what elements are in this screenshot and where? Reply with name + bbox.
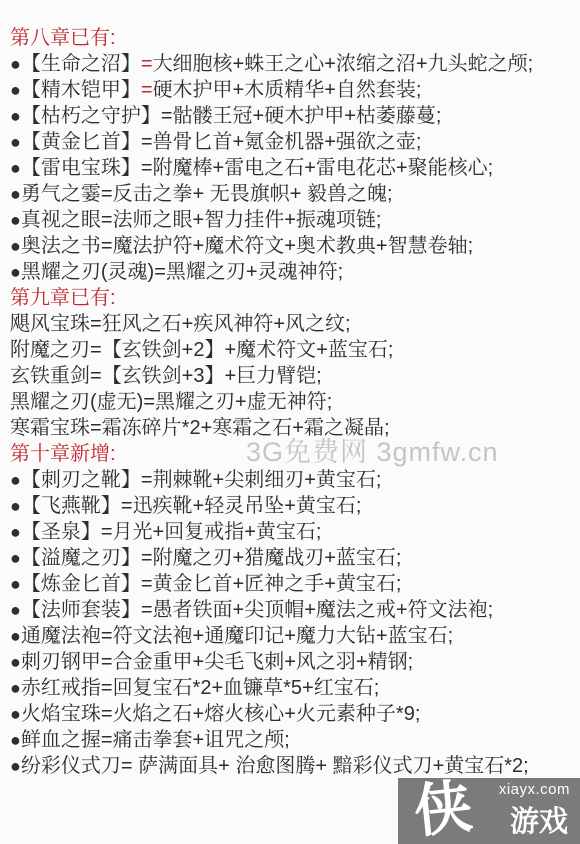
recipe-line: ●【枯朽之守护】=骷髅王冠+硬木护甲+枯萎藤蔓; [10,103,576,129]
recipe-line: ●鲜血之握=痛击拳套+诅咒之颅; [10,727,576,753]
recipe-line: ●【圣泉】=月光+回复戒指+黄宝石; [10,519,576,545]
bullet-icon: ● [10,184,21,204]
equals-sign: = [121,495,133,517]
equals-sign: = [141,573,153,595]
recipe-line: ●纷彩仪式刀= 萨满面具+ 治愈图腾+ 黯彩仪式刀+黄宝石*2; [10,753,576,779]
recipe-text: 痛击拳套+诅咒之颅; [113,729,290,751]
equals-sign: = [161,105,173,127]
equals-sign: = [141,157,153,179]
recipe-text: 黑耀之刃+虚无神符; [155,391,332,413]
recipe-line: ●【炼金匕首】=黄金匕首+匠神之手+黄宝石; [10,571,576,597]
xiayx-url-label: xiayx.com [499,781,570,798]
recipe-text: 【玄铁剑+3】+巨力臂铠; [102,365,322,387]
recipe-text: 附魔棒+雷电之石+雷电花芯+聚能核心; [153,157,494,179]
item-name: 【黄金匕首】 [21,131,141,153]
recipe-line: 寒霜宝珠=霜冻碎片*2+寒霜之石+霜之凝晶; [10,415,576,441]
recipe-text: 法师之眼+智力挂件+振魂项链; [113,209,382,231]
item-name: 刺刃钢甲 [21,651,101,673]
equals-sign: = [101,209,113,231]
item-name: 黑耀之刃(虚无) [10,391,143,413]
bullet-icon: ● [10,730,21,750]
recipe-text: 迅疾靴+轻灵吊坠+黄宝石; [133,495,362,517]
item-name: 真视之眼 [21,209,101,231]
section-header: 第十章新增: [10,441,576,467]
recipe-line: ●通魔法袍=符文法袍+通魔印记+魔力大钻+蓝宝石; [10,623,576,649]
item-name: 【精木铠甲】 [21,79,141,101]
recipe-text: 火焰之石+熔火核心+火元素种子*9; [113,703,421,725]
recipe-line: ●【生命之沼】=大细胞核+蛛王之心+浓缩之沼+九头蛇之颅; [10,51,576,77]
equals-sign: = [141,79,153,101]
recipe-text: 霜冻碎片*2+寒霜之石+霜之凝晶; [102,417,390,439]
equals-sign: = [143,391,155,413]
bullet-icon: ● [10,756,21,776]
recipe-text: 大细胞核+蛛王之心+浓缩之沼+九头蛇之颅; [153,53,534,75]
recipe-line: ●黑耀之刃(灵魂)=黑耀之刃+灵魂神符; [10,259,576,285]
recipe-text: 合金重甲+尖毛飞刺+风之羽+精钢; [113,651,414,673]
item-name: 赤红戒指 [21,677,101,699]
recipe-text: 黑耀之刃+灵魂神符; [166,261,343,283]
recipe-line: ●【法师套装】=愚者铁面+尖顶帽+魔法之戒+符文法袍; [10,597,576,623]
recipe-text: 回复宝石*2+血镰草*5+红宝石; [113,677,380,699]
recipe-line: ●【溢魔之刃】=附魔之刃+猎魔战刃+蓝宝石; [10,545,576,571]
recipe-text: 月光+回复戒指+黄宝石; [113,521,322,543]
recipe-text: 硬木护甲+木质精华+自然套装; [153,79,422,101]
recipe-line: ●【黄金匕首】=兽骨匕首+氪金机器+强欲之壶; [10,129,576,155]
equals-sign: = [154,261,166,283]
recipe-text: 符文法袍+通魔印记+魔力大钻+蓝宝石; [113,625,454,647]
item-name: 鲜血之握 [21,729,101,751]
recipe-text: 骷髅王冠+硬木护甲+枯萎藤蔓; [173,105,442,127]
article-page: 第八章已有:●【生命之沼】=大细胞核+蛛王之心+浓缩之沼+九头蛇之颅;●【精木铠… [0,0,580,844]
equals-sign: = [101,729,113,751]
recipe-list: 第八章已有:●【生命之沼】=大细胞核+蛛王之心+浓缩之沼+九头蛇之颅;●【精木铠… [10,25,576,779]
item-name: 【雷电宝珠】 [21,157,141,179]
recipe-line: 玄铁重剑=【玄铁剑+3】+巨力臂铠; [10,363,576,389]
bullet-icon: ● [10,470,21,490]
recipe-line: ●奥法之书=魔法护符+魔术符文+奥术教典+智慧卷轴; [10,233,576,259]
xia-logo-glyph: 侠 [411,773,476,844]
recipe-line: ●勇气之霎=反击之拳+ 无畏旗帜+ 毅兽之魄; [10,181,576,207]
item-name: 【法师套装】 [21,599,141,621]
bullet-icon: ● [10,704,21,724]
item-name: 飓风宝珠 [10,313,90,335]
item-name: 【飞燕靴】 [21,495,121,517]
recipe-line: 附魔之刃=【玄铁剑+2】+魔术符文+蓝宝石; [10,337,576,363]
recipe-text: 愚者铁面+尖顶帽+魔法之戒+符文法袍; [153,599,494,621]
item-name: 玄铁重剑 [10,365,90,387]
item-name: 【炼金匕首】 [21,573,141,595]
item-name: 【生命之沼】 [21,53,141,75]
recipe-text: 兽骨匕首+氪金机器+强欲之壶; [153,131,422,153]
item-name: 【溢魔之刃】 [21,547,141,569]
equals-sign: = [141,53,153,75]
bullet-icon: ● [10,236,21,256]
recipe-text: 黄金匕首+匠神之手+黄宝石; [153,573,402,595]
equals-sign: = [90,417,102,439]
recipe-text: 【玄铁剑+2】+魔术符文+蓝宝石; [102,339,394,361]
equals-sign: = [141,469,153,491]
equals-sign: = [90,339,102,361]
equals-sign: = [121,755,133,777]
item-name: 【刺刃之靴】 [21,469,141,491]
section-header: 第九章已有: [10,285,576,311]
equals-sign: = [101,677,113,699]
recipe-line: 黑耀之刃(虚无)=黑耀之刃+虚无神符; [10,389,576,415]
recipe-text: 荆棘靴+尖刺细刃+黄宝石; [153,469,382,491]
equals-sign: = [90,365,102,387]
equals-sign: = [101,651,113,673]
equals-sign: = [90,313,102,335]
item-name: 附魔之刃 [10,339,90,361]
bullet-icon: ● [10,262,21,282]
bullet-icon: ● [10,210,21,230]
recipe-line: 飓风宝珠=狂风之石+疾风神符+风之纹; [10,311,576,337]
item-name: 通魔法袍 [21,625,101,647]
recipe-text: 魔法护符+魔术符文+奥术教典+智慧卷轴; [113,235,474,257]
bullet-icon: ● [10,158,21,178]
bullet-icon: ● [10,626,21,646]
bullet-icon: ● [10,54,21,74]
bullet-icon: ● [10,652,21,672]
recipe-line: ●【雷电宝珠】=附魔棒+雷电之石+雷电花芯+聚能核心; [10,155,576,181]
recipe-line: ●刺刃钢甲=合金重甲+尖毛飞刺+风之羽+精钢; [10,649,576,675]
bullet-icon: ● [10,496,21,516]
bullet-icon: ● [10,80,21,100]
recipe-line: ●赤红戒指=回复宝石*2+血镰草*5+红宝石; [10,675,576,701]
item-name: 奥法之书 [21,235,101,257]
item-name: 【枯朽之守护】 [21,105,161,127]
bullet-icon: ● [10,132,21,152]
recipe-line: ●【精木铠甲】=硬木护甲+木质精华+自然套装; [10,77,576,103]
equals-sign: = [101,183,113,205]
recipe-text: 附魔之刃+猎魔战刃+蓝宝石; [153,547,402,569]
equals-sign: = [141,599,153,621]
equals-sign: = [141,547,153,569]
bullet-icon: ● [10,106,21,126]
bullet-icon: ● [10,548,21,568]
recipe-text: 萨满面具+ 治愈图腾+ 黯彩仪式刀+黄宝石*2; [133,755,529,777]
recipe-line: ●火焰宝珠=火焰之石+熔火核心+火元素种子*9; [10,701,576,727]
recipe-line: ●【刺刃之靴】=荆棘靴+尖刺细刃+黄宝石; [10,467,576,493]
bullet-icon: ● [10,600,21,620]
recipe-line: ●【飞燕靴】=迅疾靴+轻灵吊坠+黄宝石; [10,493,576,519]
equals-sign: = [101,625,113,647]
bullet-icon: ● [10,522,21,542]
recipe-line: ●真视之眼=法师之眼+智力挂件+振魂项链; [10,207,576,233]
youxi-brand-label: 游戏 [510,799,568,840]
item-name: 纷彩仪式刀 [21,755,121,777]
item-name: 火焰宝珠 [21,703,101,725]
recipe-text: 反击之拳+ 无畏旗帜+ 毅兽之魄; [113,183,393,205]
item-name: 黑耀之刃(灵魂) [21,261,154,283]
item-name: 【圣泉】 [21,521,101,543]
item-name: 寒霜宝珠 [10,417,90,439]
equals-sign: = [101,235,113,257]
item-name: 勇气之霎 [21,183,101,205]
recipe-text: 狂风之石+疾风神符+风之纹; [102,313,351,335]
equals-sign: = [141,131,153,153]
equals-sign: = [101,703,113,725]
bullet-icon: ● [10,678,21,698]
equals-sign: = [101,521,113,543]
xiayx-logo: 侠 xiayx.com 游戏 [398,778,580,844]
section-header: 第八章已有: [10,25,576,51]
bullet-icon: ● [10,574,21,594]
